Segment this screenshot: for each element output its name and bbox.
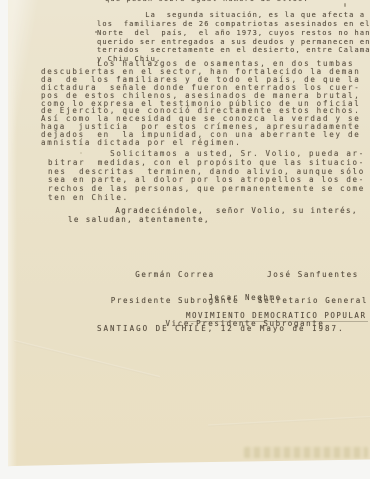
clipped-top-line: que pesan sobre igual número de ellos. <box>105 0 309 4</box>
organization-name: MOVIMIENTO DEMOCRATICO POPULAR <box>184 311 368 322</box>
paragraph-hallazgos-osamentas: Los hallazgos de osamentas, en dos tumba… <box>41 60 361 147</box>
paper-speck <box>95 31 97 33</box>
paragraph-closing: Agradeciéndole, señor Volio, su interés,… <box>68 206 358 224</box>
paragraph-solicitud: Solicitamos a usted, Sr. Volio, pueda ar… <box>48 150 365 203</box>
paper-crease <box>14 340 160 378</box>
bleedthrough-stamp <box>244 447 368 458</box>
paper-speck <box>350 122 352 124</box>
document-paper: que pesan sobre igual número de ellos. L… <box>8 0 370 467</box>
dateline: SANTIAGO DE CHILE, 12 de Mayo de 1987. <box>97 324 345 333</box>
scanned-letter-page: que pesan sobre igual número de ellos. L… <box>0 0 370 479</box>
paper-left-edge-highlight <box>8 0 17 467</box>
signature-center-name: Jecar Neghme <box>165 294 325 303</box>
paper-speck <box>80 152 82 154</box>
paper-speck <box>344 3 346 7</box>
paragraph-second-situation: La segunda situación, es la que afecta a… <box>97 11 370 64</box>
paper-crease <box>208 416 370 427</box>
